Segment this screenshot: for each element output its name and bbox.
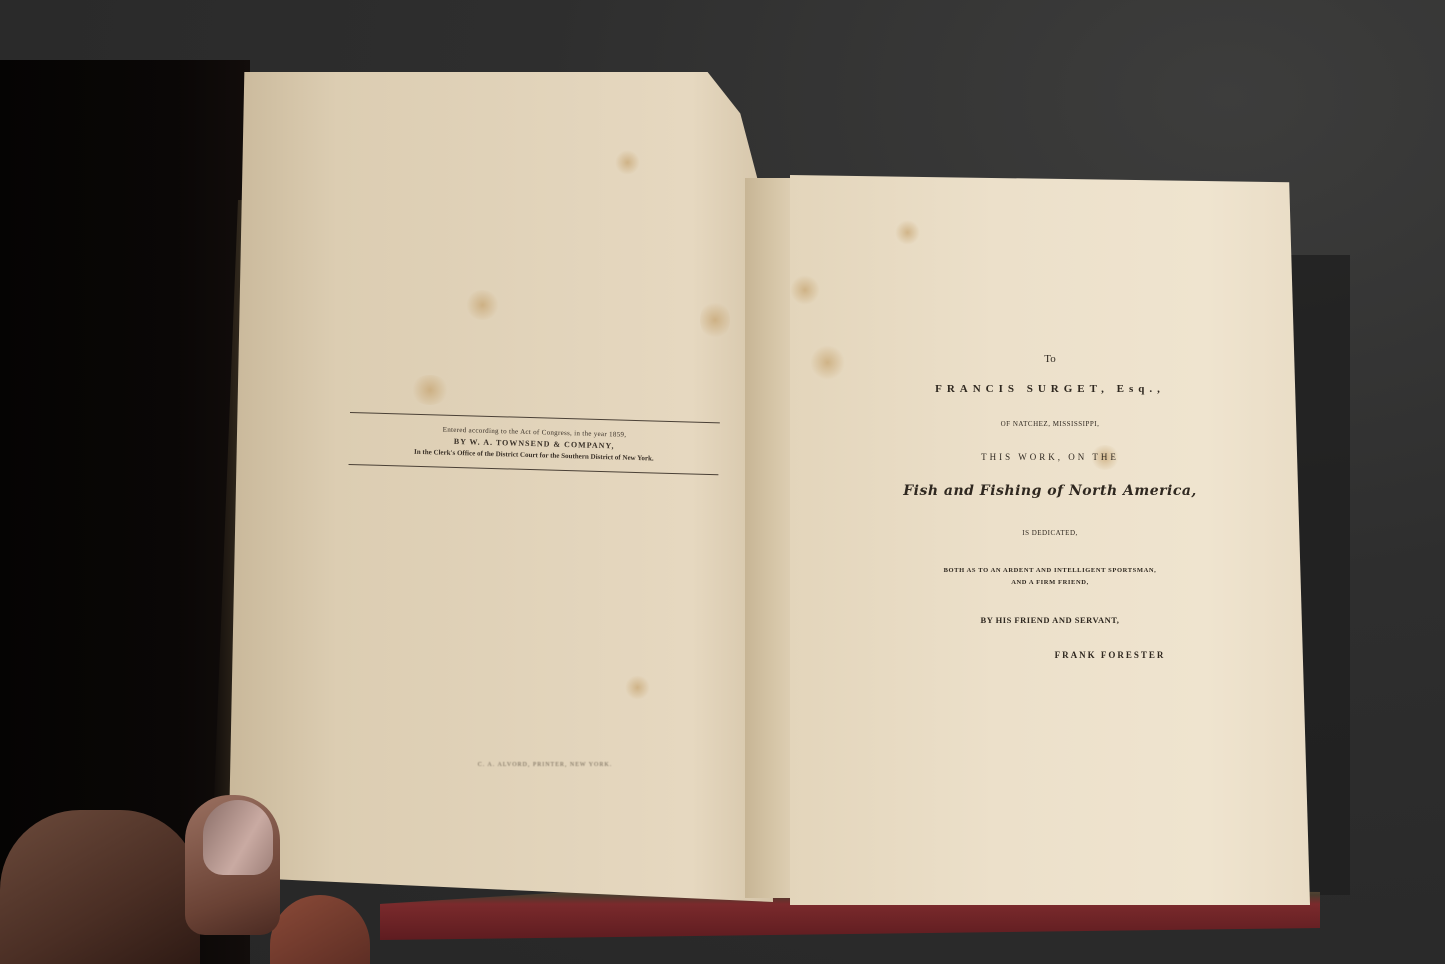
dedication-to: To (820, 353, 1280, 365)
foxing-spot (465, 290, 500, 320)
book-title: Fish and Fishing of North America, (820, 483, 1280, 499)
hand-fingers (0, 810, 200, 964)
foxing-spot (410, 375, 450, 405)
dedicatee-name: FRANCIS SURGET, Esq., (820, 383, 1280, 395)
is-dedicated-line: IS DEDICATED, (820, 529, 1280, 537)
thumbnail (203, 800, 273, 875)
sportsman-line: BOTH AS TO AN ARDENT AND INTELLIGENT SPO… (820, 567, 1280, 574)
foxing-spot (700, 300, 730, 340)
foxing-spot (625, 675, 650, 700)
foxing-spot (895, 220, 920, 245)
this-work-line: THIS WORK, ON THE (820, 452, 1280, 462)
dedicatee-location: OF NATCHEZ, MISSISSIPPI, (820, 420, 1280, 428)
copyright-notice: Entered according to the Act of Congress… (349, 412, 720, 475)
author-signature: FRANK FORESTER (940, 650, 1280, 660)
firm-friend-line: AND A FIRM FRIEND, (820, 579, 1280, 586)
left-page[interactable] (228, 72, 773, 902)
foxing-spot (615, 150, 640, 175)
foxing-spot (790, 275, 820, 305)
by-friend-line: BY HIS FRIEND AND SERVANT, (820, 615, 1280, 625)
printer-imprint: C. A. ALVORD, PRINTER, NEW YORK. (440, 762, 650, 768)
right-page[interactable] (790, 175, 1310, 905)
